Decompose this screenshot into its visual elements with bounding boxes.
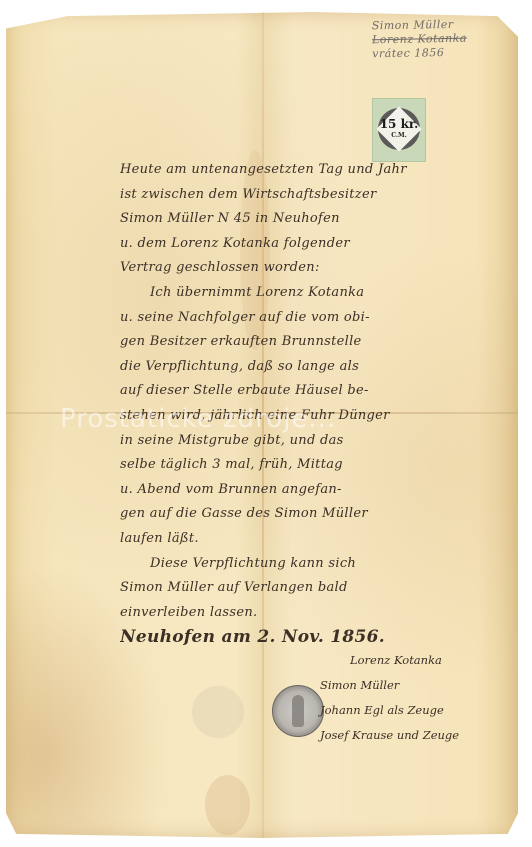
- text-line: Diese Verpflichtung kann sich: [120, 552, 505, 577]
- wax-seal-icon: [272, 685, 324, 737]
- signature: Simon Müller: [320, 673, 520, 698]
- watermark: Prostaticke zdroje...: [60, 404, 530, 434]
- text-line: u. seine Nachfolger auf die vom obi-: [120, 306, 505, 331]
- signature: Lorenz Kotanka: [320, 648, 520, 673]
- text-line: Ich übernimmt Lorenz Kotanka: [120, 281, 505, 306]
- signature: Johann Egl als Zeuge: [320, 698, 520, 723]
- revenue-stamp: 15 kr. C.M.: [372, 98, 426, 162]
- text-line: u. Abend vom Brunnen angefan-: [120, 478, 505, 503]
- text-line: gen Besitzer erkauften Brunnstelle: [120, 330, 505, 355]
- date-line: Neuhofen am 2. Nov. 1856.: [120, 625, 505, 650]
- text-line: Vertrag geschlossen worden:: [120, 256, 505, 281]
- text-line: gen auf die Gasse des Simon Müller: [120, 502, 505, 527]
- pencil-line: vrátec 1856: [372, 45, 522, 62]
- text-line: u. dem Lorenz Kotanka folgender: [120, 232, 505, 257]
- text-line: Simon Müller auf Verlangen bald: [120, 576, 505, 601]
- stain: [205, 775, 250, 835]
- text-line: Simon Müller N 45 in Neuhofen: [120, 207, 505, 232]
- text-line: auf dieser Stelle erbaute Häusel be-: [120, 379, 505, 404]
- text-line: einverleiben lassen.: [120, 601, 505, 626]
- seal-figure: [292, 695, 304, 727]
- signature-block: Lorenz Kotanka Simon Müller Johann Egl a…: [320, 648, 520, 748]
- text-line: selbe täglich 3 mal, früh, Mittag: [120, 453, 505, 478]
- stamp-unit: C.M.: [373, 132, 425, 139]
- text-line: Heute am untenangesetzten Tag und Jahr: [120, 158, 505, 183]
- signature: Josef Krause und Zeuge: [320, 723, 520, 748]
- seal-impression-ghost: [192, 686, 244, 738]
- text-line: die Verpflichtung, daß so lange als: [120, 355, 505, 380]
- text-line: laufen läßt.: [120, 527, 505, 552]
- text-line: ist zwischen dem Wirtschaftsbesitzer: [120, 183, 505, 208]
- pencil-annotation: Simon Müller Lorenz Kotanka vrátec 1856: [372, 17, 523, 62]
- stamp-value: 15 kr.: [373, 117, 425, 131]
